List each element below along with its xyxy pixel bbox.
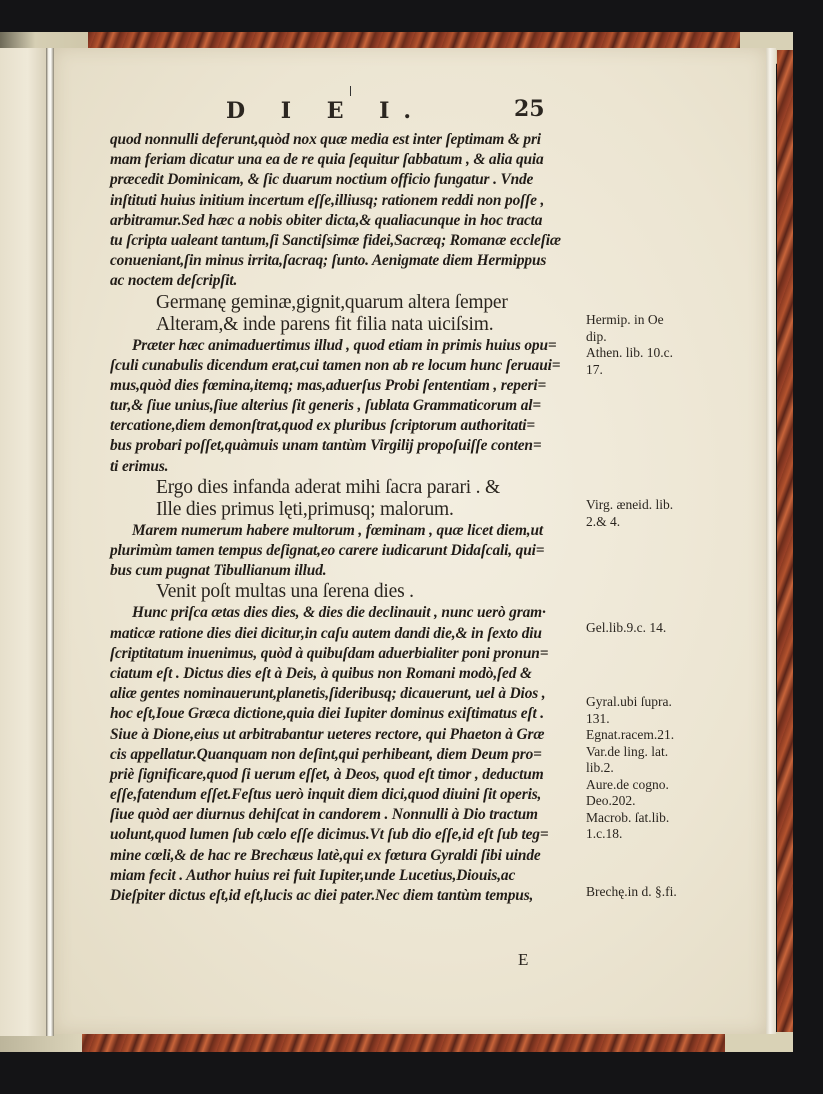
paragraph-first-line: Marem numerum habere multorum , fœminam … xyxy=(110,521,588,541)
text-line: tu ſcripta ualeant tantum,ſi Sanctiſsimæ… xyxy=(110,231,588,251)
margin-citation-line: Hermip. in Oe xyxy=(586,312,736,329)
text-line: inſtituti huius initium incertum eſſe,il… xyxy=(110,191,588,211)
text-line: miam fecit . Author huius rei fuit Iupit… xyxy=(110,866,588,886)
verse-line: Ergo dies infanda aderat mihi ſacra para… xyxy=(110,477,588,499)
text-line: Siue à Dione,eius ut arbitrabantur ueter… xyxy=(110,725,588,745)
margin-citation: Virg. æneid. lib.2.& 4. xyxy=(586,497,736,530)
marbled-board-right xyxy=(777,50,793,1040)
text-line: uolunt,quod lumen ſub cœlo eſſe dicimus.… xyxy=(110,825,588,845)
text-line: præcedit Dominicam, & ſic duarum noctium… xyxy=(110,170,588,190)
text-line: ti erimus. xyxy=(110,457,588,477)
margin-citation: Hermip. in Oedip.Athen. lib. 10.c.17. xyxy=(586,312,736,378)
text-line: priè ſignificare,quod ſi uerum eſſet, à … xyxy=(110,765,588,785)
margin-citation-line: 1.c.18. xyxy=(586,826,736,843)
text-line: plurimùm tamen tempus deſignat,eo carere… xyxy=(110,541,588,561)
margin-citation-line: 17. xyxy=(586,362,736,379)
text-line: ſcriptitatum inuenimus, quòd à quibuſdam… xyxy=(110,644,588,664)
verse-line: Alteram,& inde parens fit filia nata uic… xyxy=(110,314,588,336)
text-line: bus probari poſſet,quàmuis unam tantùm V… xyxy=(110,436,588,456)
verse-line: Venit poſt multas una ſerena dies . xyxy=(110,581,588,603)
text-line: mine cœli,& de hac re Brechæus latè,qui … xyxy=(110,846,588,866)
main-text-block: quod nonnulli deferunt,quòd nox quæ medi… xyxy=(110,130,588,906)
margin-citation-line: 131. xyxy=(586,711,736,728)
margin-citation-line: dip. xyxy=(586,329,736,346)
text-line: aliæ gentes nominauerunt,planetis,ſideri… xyxy=(110,684,588,704)
margin-citation: Gel.lib.9.c. 14. xyxy=(586,620,736,637)
text-line: maticæ ratione dies diei dicitur,in caſu… xyxy=(110,624,588,644)
text-line: ſculi cunabulis dicendum erat,cui tamen … xyxy=(110,356,588,376)
text-line: bus cum pugnat Tibullianum illud. xyxy=(110,561,588,581)
text-line: conueniant,ſin minus irrita,ſacraq; ſunt… xyxy=(110,251,588,271)
facing-page-left xyxy=(0,48,46,1036)
margin-citation: Gyral.ubi ſupra.131.Egnat.racem.21.Var.d… xyxy=(586,694,736,843)
margin-citation-line: Athen. lib. 10.c. xyxy=(586,345,736,362)
text-line: arbitramur.Sed hæc a nobis obiter dicta,… xyxy=(110,211,588,231)
margin-citation-line: Gyral.ubi ſupra. xyxy=(586,694,736,711)
text-line: eſſe,fatendum eſſet.Feſtus uerò inquit d… xyxy=(110,785,588,805)
ink-speck xyxy=(350,86,351,96)
text-line: hoc eſt,Ioue Græca dictione,quia diei Iu… xyxy=(110,704,588,724)
verse-line: Ille dies primus lęti,primusq; malorum. xyxy=(110,499,588,521)
text-line: ac noctem deſcripſit. xyxy=(110,271,588,291)
book-gutter xyxy=(46,48,54,1036)
page-fore-edge xyxy=(766,48,776,1034)
text-line: tercatione,diem demonſtrat,quod ex pluri… xyxy=(110,416,588,436)
margin-citation-line: Gel.lib.9.c. 14. xyxy=(586,620,736,637)
running-head: D I E I. xyxy=(226,98,425,124)
text-line: cis appellatur.Quanquam non deſint,qui p… xyxy=(110,745,588,765)
verse-line: Germanę geminæ,gignit,quarum altera ſemp… xyxy=(110,292,588,314)
margin-citation: Brechę.in d. §.fi. xyxy=(586,884,736,901)
paragraph-first-line: Præter hæc animaduertimus illud , quod e… xyxy=(110,336,588,356)
text-line: tur,& ſiue unius,ſiue alterius ſit gener… xyxy=(110,396,588,416)
text-line: ciatum eſt . Dictus dies eſt à Deis, à q… xyxy=(110,664,588,684)
margin-citation-line: Macrob. ſat.lib. xyxy=(586,810,736,827)
margin-citation-line: Virg. æneid. lib. xyxy=(586,497,736,514)
margin-citation-line: Deo.202. xyxy=(586,793,736,810)
text-line: quod nonnulli deferunt,quòd nox quæ medi… xyxy=(110,130,588,150)
text-line: Dieſpiter dictus eſt,id eſt,lucis ac die… xyxy=(110,886,588,906)
margin-citation-line: 2.& 4. xyxy=(586,514,736,531)
margin-citation-line: Var.de ling. lat. xyxy=(586,744,736,761)
text-line: mus,quòd dies fœmina,itemq; mas,aduerſus… xyxy=(110,376,588,396)
margin-citation-line: Egnat.racem.21. xyxy=(586,727,736,744)
margin-citation-line: Aure.de cogno. xyxy=(586,777,736,794)
vellum-corner-bottom-right xyxy=(725,1032,793,1052)
margin-citation-line: Brechę.in d. §.fi. xyxy=(586,884,736,901)
text-line: mam feriam dicatur una ea de re quia ſeq… xyxy=(110,150,588,170)
marbled-board-bottom xyxy=(0,1032,793,1052)
text-line: ſiue quòd aer diurnus dehiſcat in candor… xyxy=(110,805,588,825)
paragraph-first-line: Hunc priſca ætas dies dies, & dies die d… xyxy=(110,603,588,623)
signature-mark: E xyxy=(518,950,528,970)
page-number: 25 xyxy=(514,96,545,122)
margin-citation-line: lib.2. xyxy=(586,760,736,777)
